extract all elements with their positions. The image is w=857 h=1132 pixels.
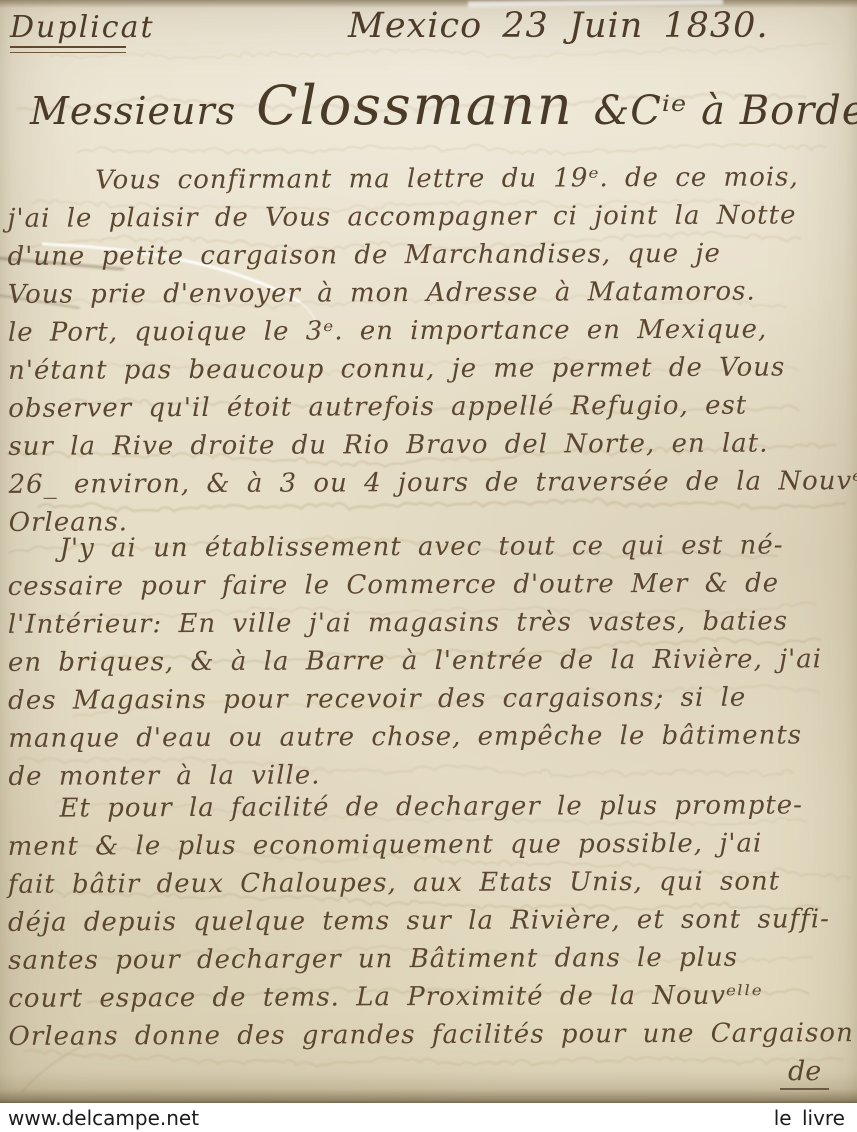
letter-line: Vous confirmant ma lettre du 19ᵉ. de ce … bbox=[7, 162, 853, 204]
letter-line: santes pour decharger un Bâtiment dans l… bbox=[8, 942, 854, 984]
letter-line: d'une petite cargaison de Marchandises, … bbox=[8, 238, 854, 280]
letter-line: Orleans donne des grandes facilités pour… bbox=[8, 1018, 854, 1060]
catchword: de bbox=[780, 1056, 829, 1090]
duplicat-label: Duplicat bbox=[10, 10, 155, 53]
salutation-company-name: Clossmann bbox=[256, 74, 573, 137]
letter-line: déja depuis quelque tems sur la Rivière,… bbox=[8, 904, 854, 946]
letter-line: observer qu'il étoit autrefois appellé R… bbox=[8, 390, 854, 432]
paragraph-1: Vous confirmant ma lettre du 19ᵉ. de ce … bbox=[7, 162, 855, 546]
watermark-delcampe: www.delcampe.net bbox=[8, 1106, 199, 1130]
letter-line: cessaire pour faire le Commerce d'outre … bbox=[8, 568, 854, 610]
scanned-letter-page: Duplicat Mexico 23 Juin 1830. Messieurs … bbox=[0, 0, 857, 1132]
paragraph-2: J'y ai un établissement avec tout ce qui… bbox=[7, 530, 854, 800]
letter-line: Vous prie d'envoyer à mon Adresse à Mata… bbox=[8, 276, 854, 318]
letter-line: j'ai le plaisir de Vous accompagner ci j… bbox=[7, 200, 853, 242]
duplicat-text: Duplicat bbox=[10, 10, 155, 45]
letter-line: n'étant pas beaucoup connu, je me permet… bbox=[8, 352, 854, 394]
watermark-strip: www.delcampe.net le livre bbox=[0, 1103, 857, 1132]
letter-line: en briques, & à la Barre à l'entrée de l… bbox=[8, 644, 854, 686]
letter-line: Et pour la facilité de decharger le plus… bbox=[7, 790, 853, 832]
letter-paper: Duplicat Mexico 23 Juin 1830. Messieurs … bbox=[0, 0, 857, 1106]
letter-line: des Magasins pour recevoir des cargaison… bbox=[8, 682, 854, 724]
salutation-messieurs: Messieurs bbox=[30, 89, 236, 133]
letter-line: court espace de tems. La Proximité de la… bbox=[8, 980, 854, 1022]
salutation-city: &Cⁱᵉ à Bordeaux bbox=[594, 88, 857, 134]
letter-line: J'y ai un établissement avec tout ce qui… bbox=[7, 530, 853, 572]
letter-line: 26_ environ, & à 3 ou 4 jours de travers… bbox=[9, 466, 855, 508]
salutation-line: Messieurs Clossmann &Cⁱᵉ à Bordeaux bbox=[30, 74, 857, 137]
letter-line: le Port, quoique le 3ᵉ. en importance en… bbox=[8, 314, 854, 356]
letter-line: l'Intérieur: En ville j'ai magasins très… bbox=[8, 606, 854, 648]
watermark-le-livre: le livre bbox=[774, 1106, 845, 1130]
letter-line: sur la Rive droite du Rio Bravo del Nort… bbox=[8, 428, 854, 470]
paragraph-3: Et pour la facilité de decharger le plus… bbox=[7, 790, 854, 1060]
letter-line: manque d'eau ou autre chose, empêche le … bbox=[8, 720, 854, 762]
dateline: Mexico 23 Juin 1830. bbox=[348, 6, 769, 46]
letter-line: ment & le plus economiquement que possib… bbox=[8, 828, 854, 870]
duplicat-double-underline bbox=[10, 46, 126, 53]
letter-line: fait bâtir deux Chaloupes, aux Etats Uni… bbox=[8, 866, 854, 908]
paper-bottom-fold-shadow bbox=[0, 1072, 857, 1103]
